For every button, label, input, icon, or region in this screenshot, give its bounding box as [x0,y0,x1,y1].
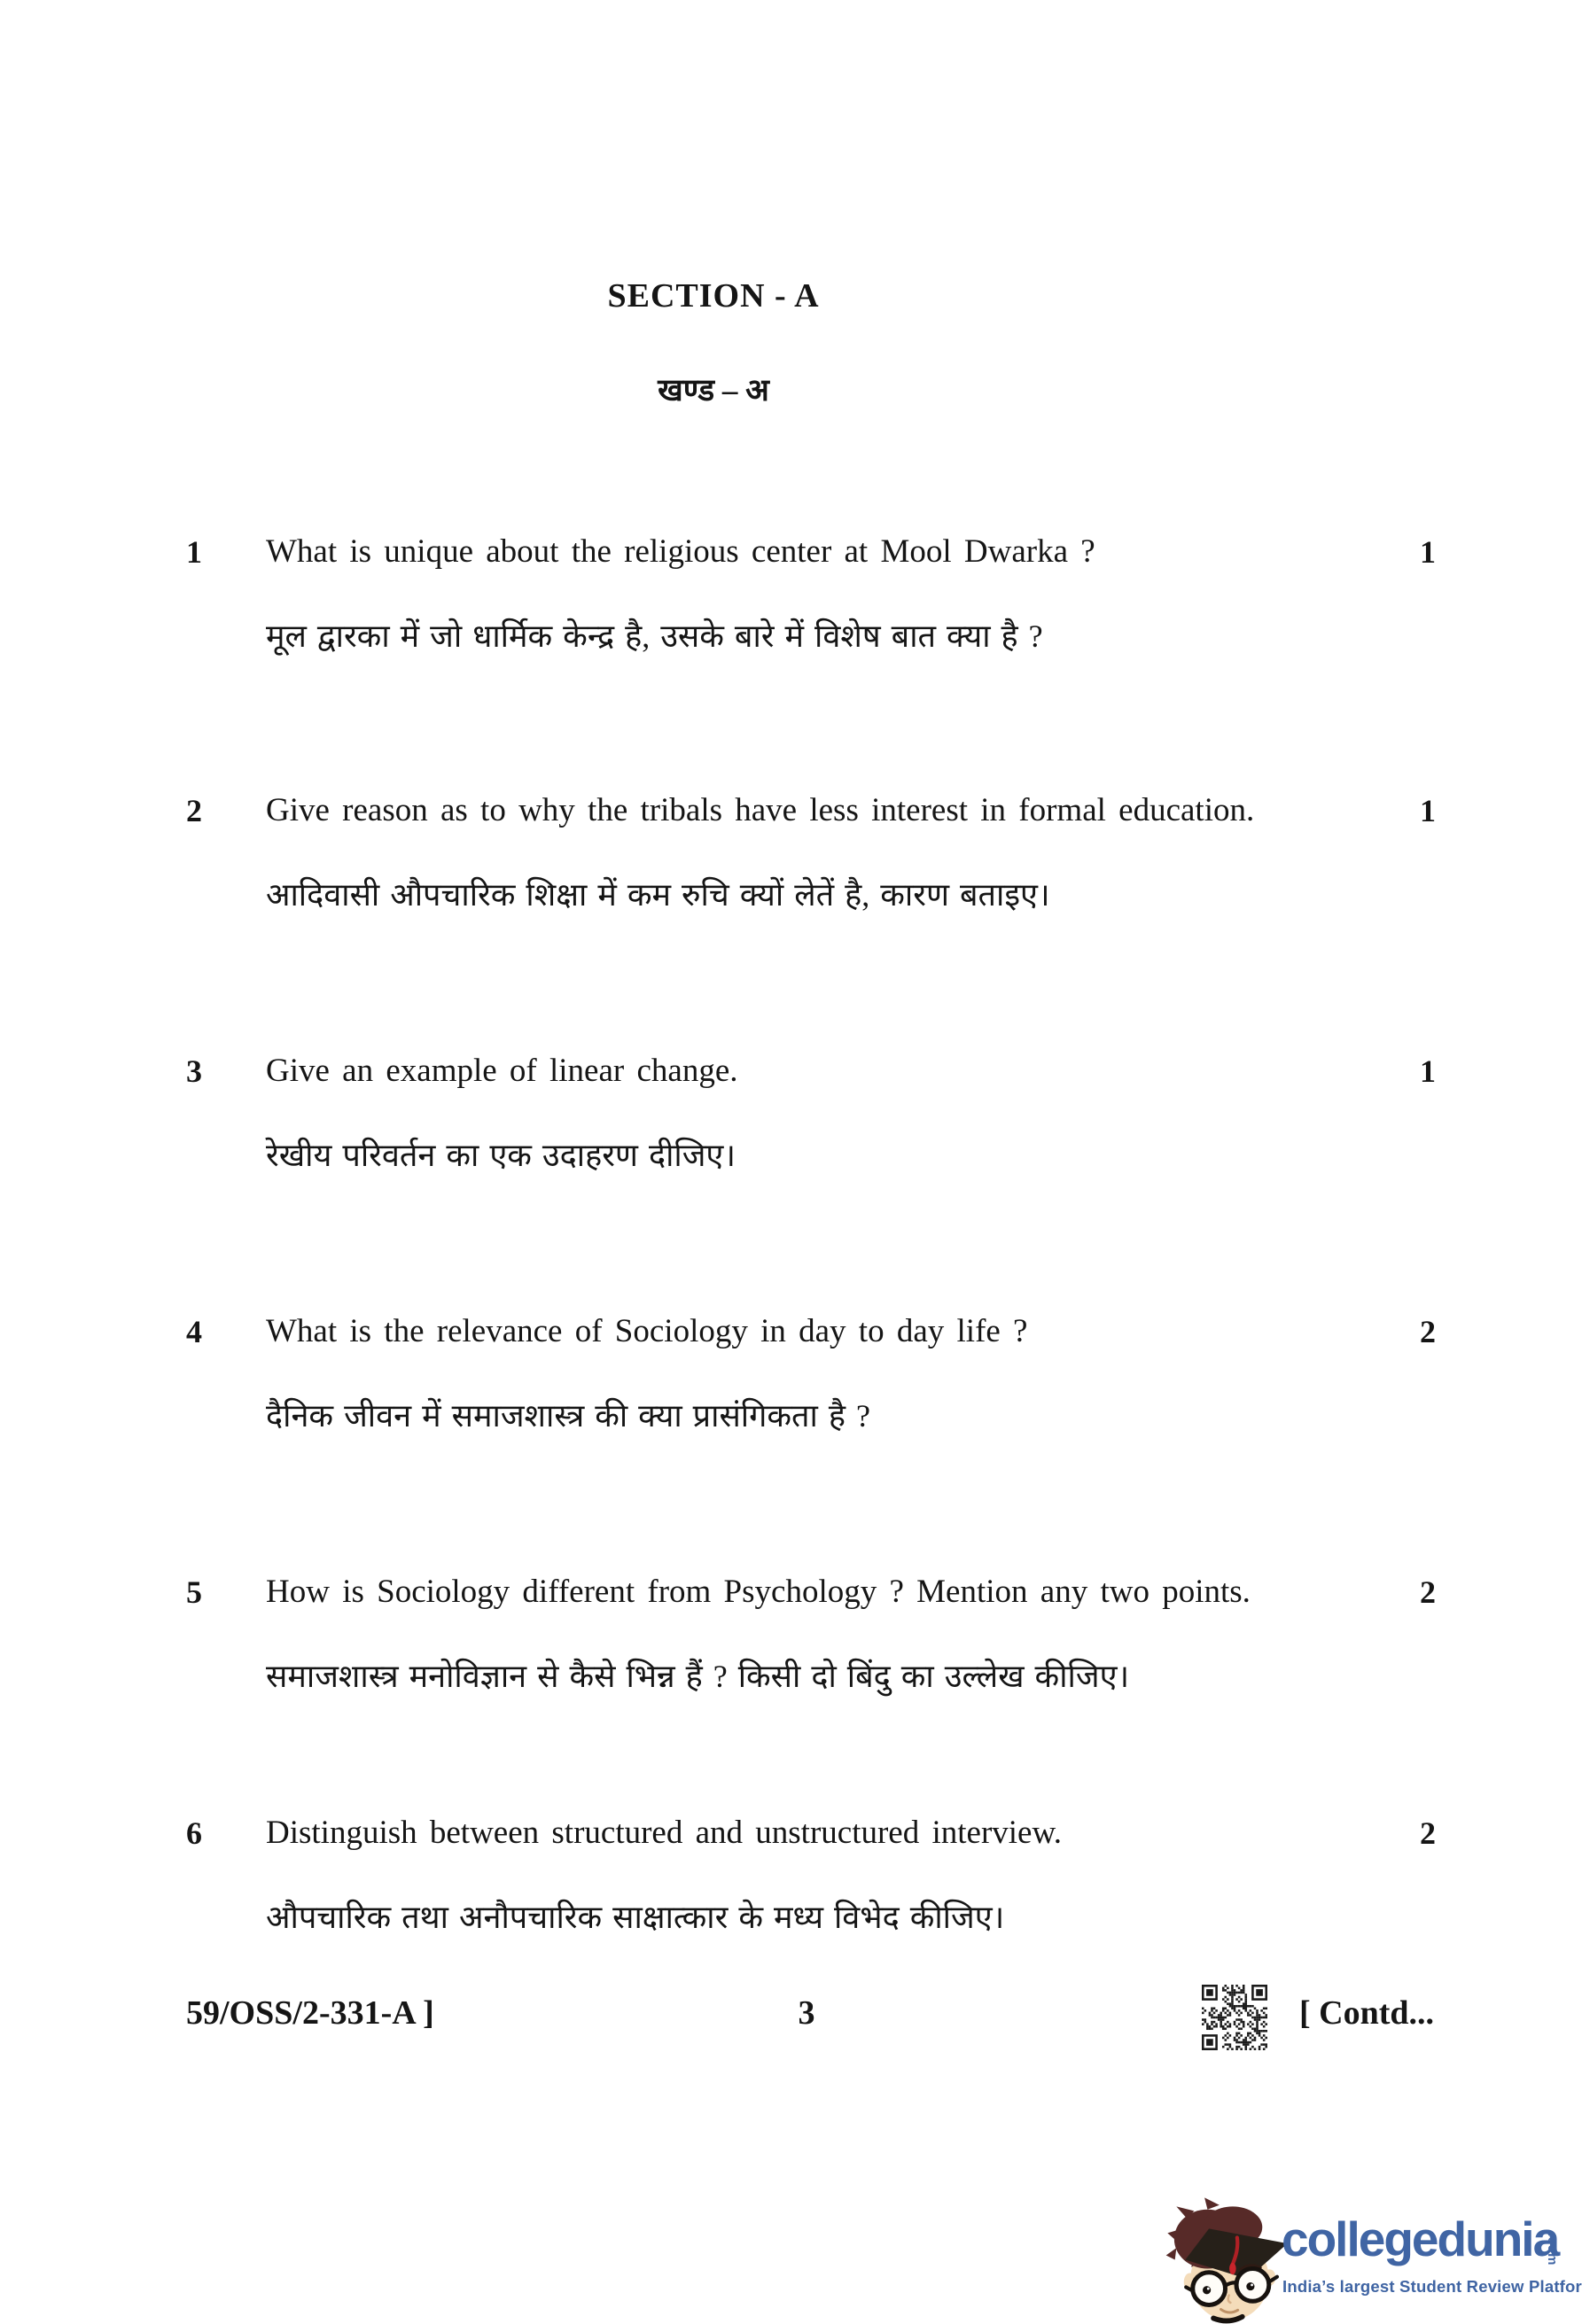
question-text-hindi: आदिवासी औपचारिक शिक्षा में कम रुचि क्यों… [266,872,1436,918]
question-marks: 1 [1420,530,1436,574]
question-marks: 2 [1420,1310,1436,1354]
question-text-hindi: दैनिक जीवन में समाजशास्त्र की क्या प्रास… [266,1393,1436,1439]
question-marks: 2 [1420,1811,1436,1855]
question-text-english: Give reason as to why the tribals have l… [266,789,1399,833]
logo-wordmark: collegedunia [1282,2215,1558,2264]
qr-code-icon [1202,1985,1267,2050]
question-item-5: 5 How is Sociology different from Psycho… [186,1570,1436,1699]
question-marks: 2 [1420,1570,1436,1614]
question-item-1: 1 What is unique about the religious cen… [186,530,1436,659]
exam-paper-page: SECTION - A खण्ड – अ 1 What is unique ab… [0,0,1582,2324]
question-text-english: Distinguish between structured and unstr… [266,1811,1399,1855]
question-marks: 1 [1420,1049,1436,1093]
section-title-hindi: खण्ड – अ [0,369,1427,410]
logo-tagline: India’s largest Student Review Platform [1282,2277,1582,2297]
question-text-hindi: रेखीय परिवर्तन का एक उदाहरण दीजिए। [266,1132,1436,1178]
question-text-english: What is the relevance of Sociology in da… [266,1310,1399,1354]
question-number: 1 [186,530,266,574]
question-text-hindi: मूल द्वारका में जो धार्मिक केन्द्र है, उ… [266,613,1436,659]
question-number: 3 [186,1049,266,1093]
question-item-3: 3 Give an example of linear change. 1 रे… [186,1049,1436,1178]
collegedunia-mascot-icon [1165,2196,1290,2324]
logo-domain-suffix: .com [1545,2233,1560,2266]
question-number: 6 [186,1811,266,1855]
question-item-2: 2 Give reason as to why the tribals have… [186,789,1436,918]
question-text-english: How is Sociology different from Psycholo… [266,1570,1399,1614]
question-item-6: 6 Distinguish between structured and uns… [186,1811,1436,1940]
question-marks: 1 [1420,789,1436,833]
section-title: SECTION - A [0,276,1427,315]
question-item-4: 4 What is the relevance of Sociology in … [186,1310,1436,1439]
contd-label: [ Contd... [1299,1994,1434,2033]
question-text-hindi: समाजशास्त्र मनोविज्ञान से कैसे भिन्न हैं… [266,1653,1436,1699]
question-number: 5 [186,1570,266,1614]
collegedunia-logo: collegedunia .com India’s largest Studen… [1149,2171,1582,2324]
question-text-hindi: औपचारिक तथा अनौपचारिक साक्षात्कार के मध्… [266,1894,1436,1940]
question-number: 2 [186,789,266,833]
question-text-english: Give an example of linear change. [266,1049,1399,1093]
question-text-english: What is unique about the religious cente… [266,530,1399,574]
question-number: 4 [186,1310,266,1354]
